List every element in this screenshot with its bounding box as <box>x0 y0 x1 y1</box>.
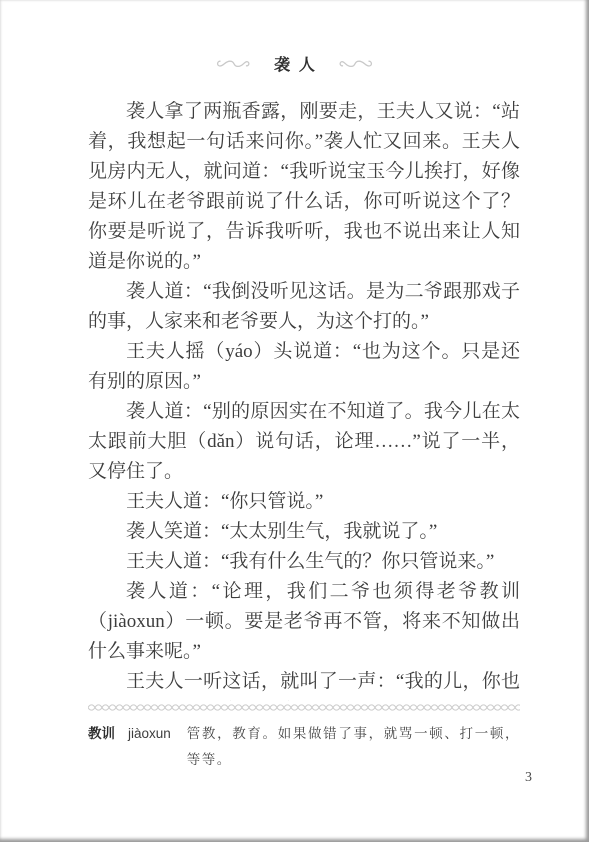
page-header: 袭人 <box>0 52 589 75</box>
body-paragraph: 袭人道：“论理，我们二爷也须得老爷教训（jiàoxun）一顿。要是老爷再不管，将… <box>88 577 520 667</box>
rope-wave-divider-icon <box>88 703 520 712</box>
body-text: 袭人拿了两瓶香露，刚要走，王夫人又说：“站着，我想起一句话来问你。”袭人忙又回来… <box>88 97 520 701</box>
footnote-pinyin: jiàoxun <box>128 721 171 747</box>
footnote: 教训 jiàoxun 管教，教育。如果做错了事，就骂一顿、打一顿，等等。 <box>88 721 520 773</box>
book-page: 袭人 袭人拿了两瓶香露，刚要走，王夫人又说：“站着，我想起一句话来问你。”袭人忙… <box>0 0 589 842</box>
body-paragraph: 王夫人摇（yáo）头说道：“也为这个。只是还有别的原因。” <box>88 337 520 397</box>
footnote-definition: 管教，教育。如果做错了事，就骂一顿、打一顿，等等。 <box>187 721 520 773</box>
page-number: 3 <box>525 770 532 786</box>
body-paragraph: 袭人拿了两瓶香露，刚要走，王夫人又说：“站着，我想起一句话来问你。”袭人忙又回来… <box>88 97 520 277</box>
footnote-area: 教训 jiàoxun 管教，教育。如果做错了事，就骂一顿、打一顿，等等。 <box>88 703 520 773</box>
footnote-term: 教训 <box>88 721 115 747</box>
body-paragraph: 王夫人一听这话，就叫了一声：“我的儿，你也明白，这话和我想的一样。我也知道要管儿… <box>88 667 520 701</box>
chapter-title: 袭人 <box>265 52 323 75</box>
body-paragraph: 袭人道：“我倒没听见这话。是为二爷跟那戏子的事，人家来和老爷要人，为这个打的。” <box>88 277 520 337</box>
body-paragraph: 袭人笑道：“太太别生气，我就说了。” <box>88 517 520 547</box>
body-paragraph: 王夫人道：“我有什么生气的？你只管说来。” <box>88 547 520 577</box>
body-paragraph: 王夫人道：“你只管说。” <box>88 487 520 517</box>
flourish-swirl-icon <box>215 57 251 71</box>
flourish-swirl-icon <box>338 57 374 71</box>
body-paragraph: 袭人道：“别的原因实在不知道了。我今儿在太太跟前大胆（dǎn）说句话，论理……”… <box>88 397 520 487</box>
